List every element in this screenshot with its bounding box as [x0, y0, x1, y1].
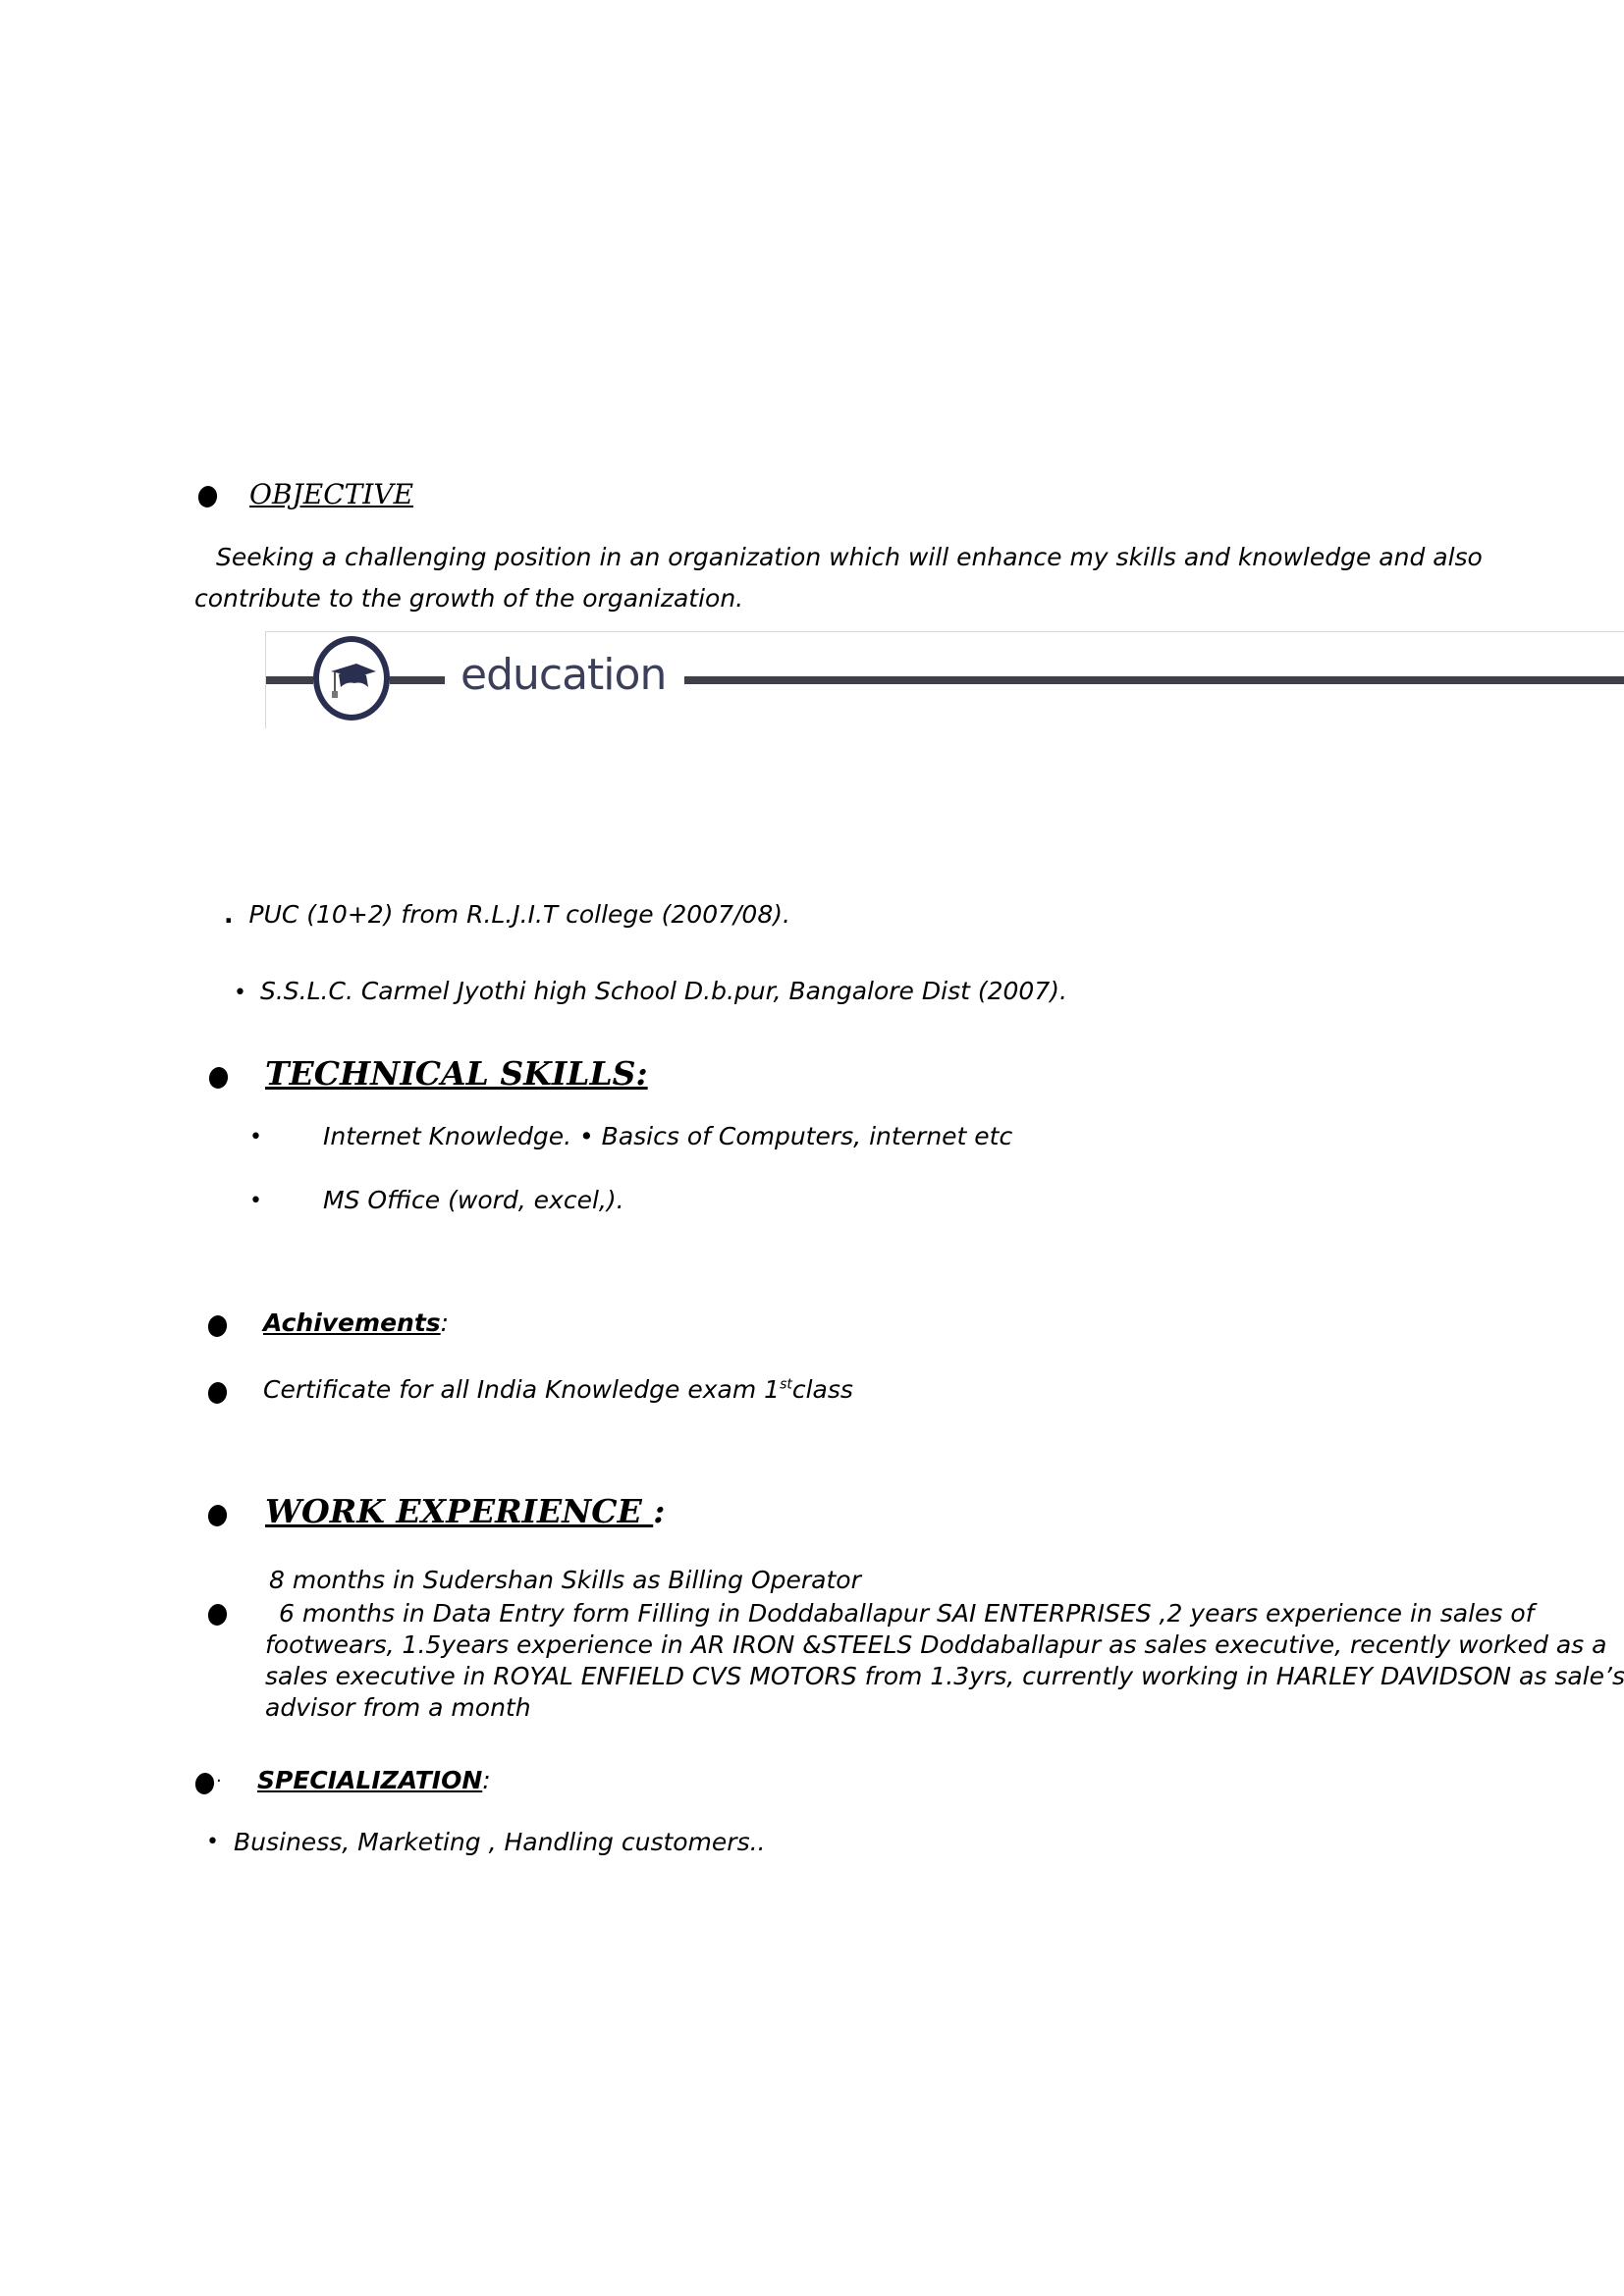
objective-heading: OBJECTIVE: [249, 478, 413, 510]
work-line-2: footwears, 1.5years experience in AR IRO…: [265, 1629, 1606, 1660]
specialization-item: Business, Marketing , Handling customers…: [234, 1828, 766, 1856]
bullet-icon: •: [234, 981, 246, 1005]
banner-line-mid: [390, 676, 445, 684]
objective-line-1: Seeking a challenging position in an org…: [216, 542, 1483, 572]
banner-line-left: [266, 676, 313, 684]
achievement-text: Certificate for all India Knowledge exam…: [263, 1375, 780, 1404]
specialization-heading: SPECIALIZATION:: [257, 1766, 491, 1794]
work-line-1: 6 months in Data Entry form Filling in D…: [279, 1598, 1534, 1629]
bullet-icon: [206, 1313, 229, 1338]
bullet-icon: [193, 1771, 216, 1795]
education-item-text: PUC (10+2) from R.L.J.I.T college (2007/…: [249, 900, 790, 929]
work-line-4: advisor from a month: [265, 1692, 531, 1723]
skill-item-2: MS Office (word, excel,).: [323, 1186, 624, 1214]
banner-line-right: [684, 676, 1624, 684]
bullet-icon: [196, 484, 219, 508]
achievement-sup: st: [780, 1377, 792, 1393]
bullet-icon: [207, 1065, 230, 1090]
bullet-icon: •: [206, 1830, 219, 1854]
bullet-icon: [206, 1503, 229, 1527]
bullet-icon: [206, 1380, 229, 1405]
heading-colon: :: [441, 1308, 449, 1337]
work-line-3: sales executive in ROYAL ENFIELD CVS MOT…: [265, 1661, 1624, 1691]
objective-line-2: contribute to the growth of the organiza…: [194, 583, 743, 614]
bullet-icon: [206, 1602, 229, 1627]
heading-colon: :: [653, 1492, 665, 1530]
education-label: education: [460, 650, 666, 700]
education-item-1: .PUC (10+2) from R.L.J.I.T college (2007…: [224, 900, 790, 929]
achievement-text-suffix: class: [792, 1375, 853, 1404]
achievements-heading: Achivements:: [263, 1308, 449, 1337]
work-experience-heading-text: WORK EXPERIENCE: [265, 1492, 653, 1530]
work-experience-heading: WORK EXPERIENCE :: [265, 1492, 665, 1530]
achievement-item: Certificate for all India Knowledge exam…: [263, 1375, 853, 1404]
specialization-dot: .: [216, 1766, 222, 1787]
education-item-2: •S.S.L.C. Carmel Jyothi high School D.b.…: [234, 977, 1067, 1005]
education-item-text: S.S.L.C. Carmel Jyothi high School D.b.p…: [260, 977, 1067, 1005]
education-banner: education: [265, 631, 1624, 728]
specialization-heading-text: SPECIALIZATION: [257, 1766, 482, 1794]
skill-item-1: Internet Knowledge. • Basics of Computer…: [323, 1122, 1012, 1150]
achievements-heading-text: Achivements: [263, 1308, 441, 1337]
bullet-icon: .: [224, 900, 234, 929]
heading-colon: :: [482, 1766, 490, 1794]
bullet-icon: •: [249, 1189, 262, 1213]
graduation-cap-icon: [313, 636, 390, 721]
bullet-icon: •: [249, 1125, 262, 1149]
work-line-0: 8 months in Sudershan Skills as Billing …: [269, 1565, 861, 1595]
technical-skills-heading: TECHNICAL SKILLS:: [265, 1054, 648, 1093]
